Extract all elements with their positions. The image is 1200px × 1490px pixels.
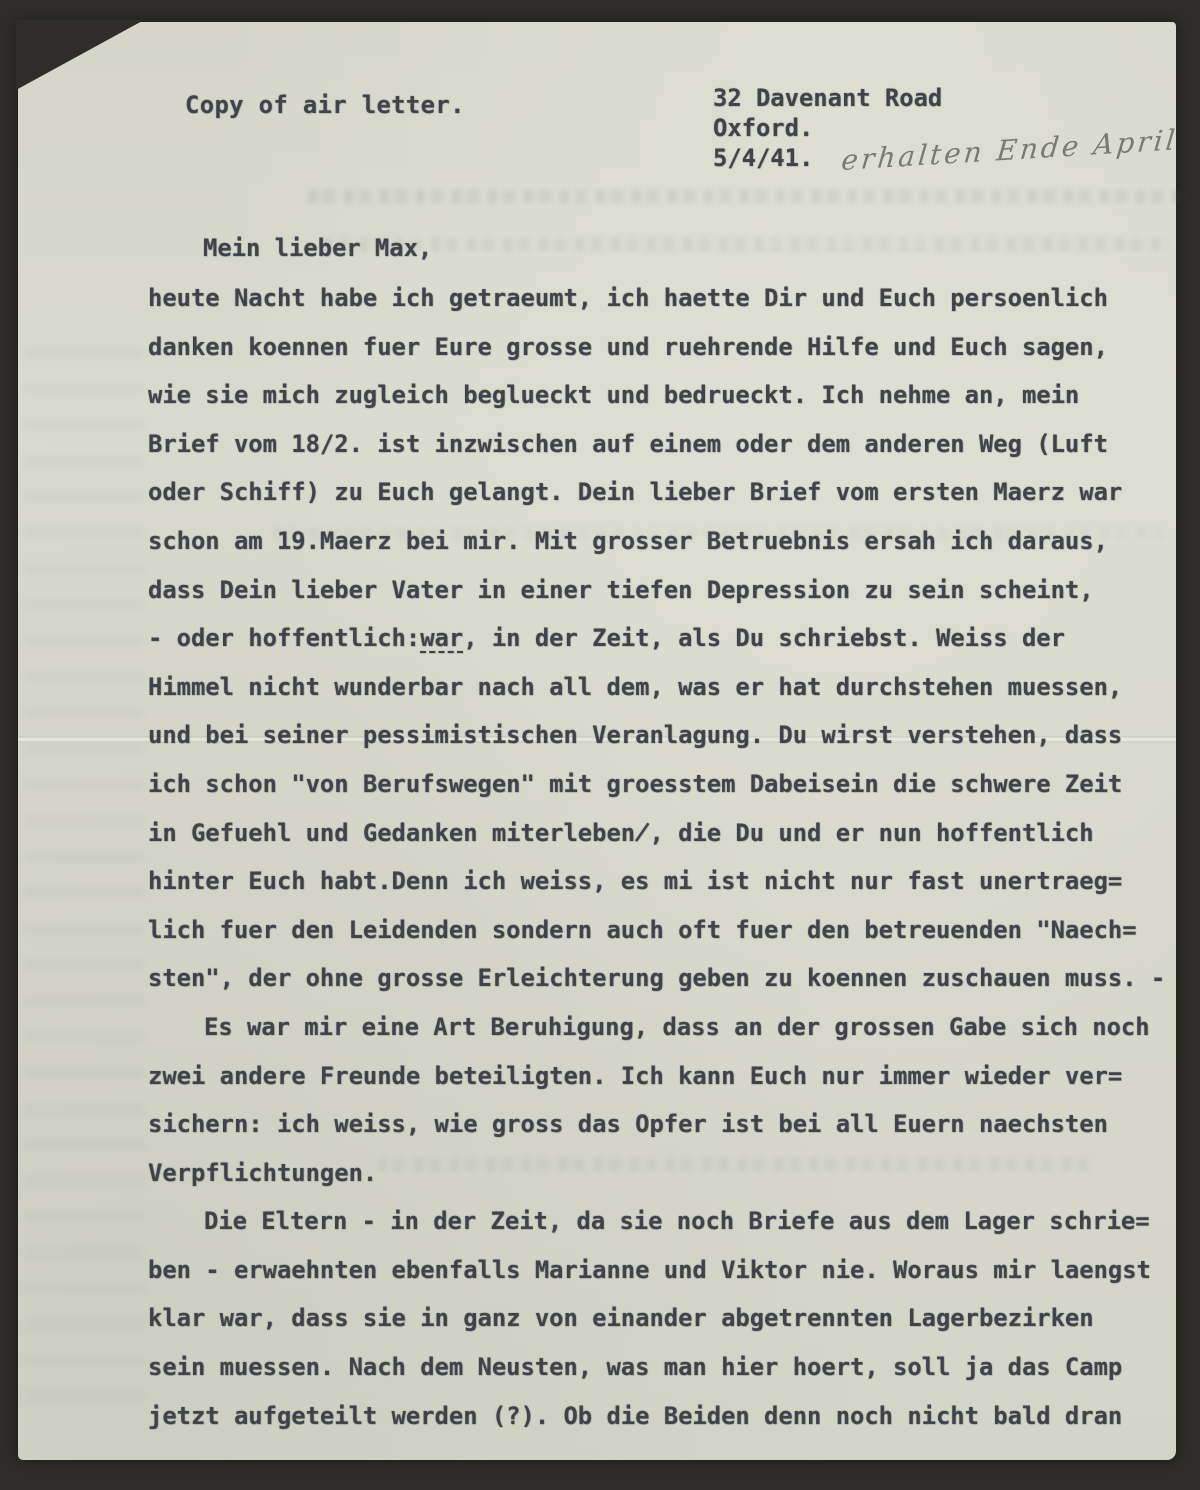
line-segment: - oder hoffentlich: xyxy=(148,624,420,652)
letter-line: danken koennen fuer Eure grosse und rueh… xyxy=(148,323,1168,372)
letter-line: ich schon "von Berufswegen" mit groesste… xyxy=(148,760,1168,809)
bleedthrough-smudge xyxy=(323,238,1168,251)
address-line-street: 32 Davenant Road xyxy=(713,83,942,113)
letter-line: wie sie mich zugleich beglueckt und bedr… xyxy=(148,371,1168,420)
underlined-word: war xyxy=(420,624,463,652)
letter-line: hinter Euch habt.Denn ich weiss, es mi i… xyxy=(148,857,1168,906)
letter-line: oder Schiff) zu Euch gelangt. Dein liebe… xyxy=(148,468,1168,517)
letter-line: - oder hoffentlich:war, in der Zeit, als… xyxy=(148,614,1168,663)
bleedthrough-margin-smudge xyxy=(24,342,144,1402)
letter-line: schon am 19.Maerz bei mir. Mit grosser B… xyxy=(148,517,1168,566)
letter-line: Verpflichtungen. xyxy=(148,1149,1168,1198)
line-segment: , in der Zeit, als Du schriebst. Weiss d… xyxy=(463,624,1065,652)
bleedthrough-smudge xyxy=(308,190,1188,203)
letter-paper: Copy of air letter. 32 Davenant Road Oxf… xyxy=(18,22,1176,1460)
letter-line: zwei andere Freunde beteiligten. Ich kan… xyxy=(148,1052,1168,1101)
letter-line: in Gefuehl und Gedanken miterleben̸, die… xyxy=(148,809,1168,858)
letter-line: dass Dein lieber Vater in einer tiefen D… xyxy=(148,566,1168,615)
letter-line: sten", der ohne grosse Erleichterung geb… xyxy=(148,954,1168,1003)
corner-cut xyxy=(16,20,144,90)
letter-line: Brief vom 18/2. ist inzwischen auf einem… xyxy=(148,420,1168,469)
letter-line: und bei seiner pessimistischen Veranlagu… xyxy=(148,711,1168,760)
letter-body: heute Nacht habe ich getraeumt, ich haet… xyxy=(148,274,1168,1440)
letter-line: sein muessen. Nach dem Neusten, was man … xyxy=(148,1343,1168,1392)
letter-line: klar war, dass sie in ganz von einander … xyxy=(148,1294,1168,1343)
letter-line: heute Nacht habe ich getraeumt, ich haet… xyxy=(148,274,1168,323)
salutation: Mein lieber Max, xyxy=(203,234,432,262)
letter-line: Die Eltern - in der Zeit, da sie noch Br… xyxy=(148,1197,1168,1246)
address-line-city: Oxford. xyxy=(713,113,942,143)
letter-line: ben - erwaehnten ebenfalls Marianne und … xyxy=(148,1246,1168,1295)
copy-label: Copy of air letter. xyxy=(185,91,465,119)
letter-line: jetzt aufgeteilt werden (?). Ob die Beid… xyxy=(148,1392,1168,1441)
letter-line: lich fuer den Leidenden sondern auch oft… xyxy=(148,906,1168,955)
letter-line: Es war mir eine Art Beruhigung, dass an … xyxy=(148,1003,1168,1052)
letter-line: sichern: ich weiss, wie gross das Opfer … xyxy=(148,1100,1168,1149)
letter-line: Himmel nicht wunderbar nach all dem, was… xyxy=(148,663,1168,712)
